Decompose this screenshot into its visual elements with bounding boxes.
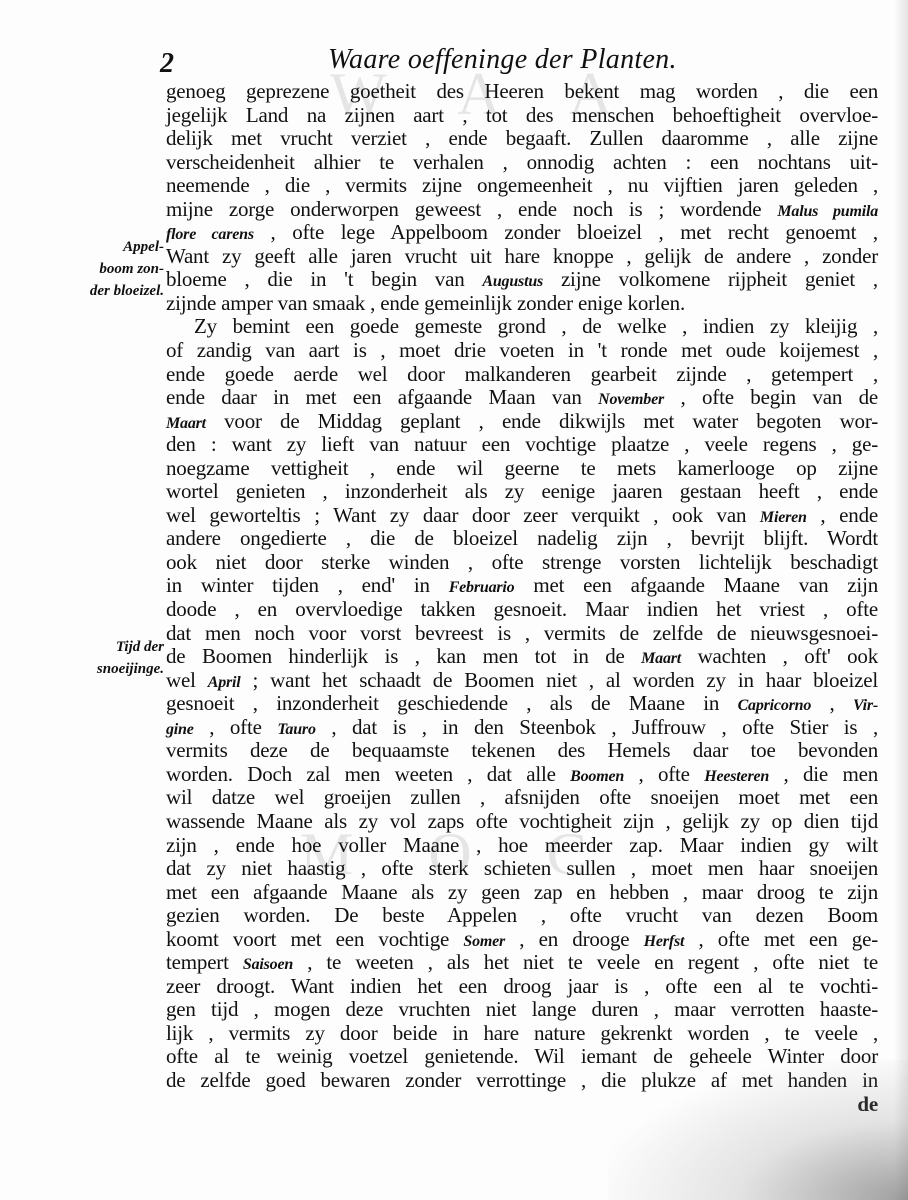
text-line: dat zy niet haastig , ofte sterk schiete…	[166, 857, 878, 881]
running-title: Waare oeffeninge der Planten.	[328, 44, 677, 76]
text-line: ende goede aerde wel door malkanderen ge…	[166, 363, 878, 387]
text-line: vermits deze de bequaamste tekenen des H…	[166, 739, 878, 763]
page-header: 2 Waare oeffeninge der Planten.	[160, 44, 880, 84]
text-line: of zandig van aart is , moet drie voeten…	[166, 339, 878, 363]
text-line: doode , en overvloedige takken gesnoeit.…	[166, 598, 878, 622]
margin-note-snoeijinge: Tijd der snoeijinge.	[30, 636, 164, 680]
text-line: zijnde amper van smaak , ende gemeinlijk…	[166, 292, 878, 316]
text-line: gesnoeit , inzonderheit geschiedende , a…	[166, 692, 878, 716]
text-line: noegzame vettigheit , ende wil geerne te…	[166, 457, 878, 481]
margin-note-line: der bloeizel.	[58, 280, 164, 302]
text-line: genoeg geprezene goetheit des Heeren bek…	[166, 80, 878, 104]
text-line: gine , ofte Tauro , dat is , in den Stee…	[166, 716, 878, 740]
text-line: wel April ; want het schaadt de Boomen n…	[166, 669, 878, 693]
text-line: wassende Maane als zy vol zaps ofte voch…	[166, 810, 878, 834]
text-line: lijk , vermits zy door beide in hare nat…	[166, 1022, 878, 1046]
text-line: delijk met vrucht verziet , ende begaaft…	[166, 127, 878, 151]
text-line: verscheidenheit alhier te verhalen , onn…	[166, 151, 878, 175]
text-line: den : want zy lieft van natuur een vocht…	[166, 433, 878, 457]
body-text: genoeg geprezene goetheit des Heeren bek…	[166, 80, 878, 1116]
text-line: met een afgaande Maane als zy geen zap e…	[166, 881, 878, 905]
text-line: gen tijd , mogen deze vruchten niet lang…	[166, 998, 878, 1022]
text-line: neemende , die , vermits zijne ongemeenh…	[166, 174, 878, 198]
text-line: Maart voor de Middag geplant , ende dikw…	[166, 410, 878, 434]
text-line: ook niet door sterke winden , ofte stren…	[166, 551, 878, 575]
text-line: Want zy geeft alle jaren vrucht uit hare…	[166, 245, 878, 269]
text-line: ofte al te weinig voetzel genietende. Wi…	[166, 1045, 878, 1069]
text-line: dat men noch voor vorst bevreest is , ve…	[166, 622, 878, 646]
text-line: wortel genieten , inzonderheit als zy ee…	[166, 480, 878, 504]
margin-note-line: boom zon-	[58, 258, 164, 280]
text-line: mijne zorge onderworpen geweest , ende n…	[166, 198, 878, 222]
margin-note-line: Appel-	[58, 236, 164, 258]
text-line: flore carens , ofte lege Appelboom zonde…	[166, 221, 878, 245]
text-line: jegelijk Land na zijnen aart , tot des m…	[166, 104, 878, 128]
margin-note-appelboom: Appel- boom zon- der bloeizel.	[58, 236, 164, 302]
text-line: bloeme , die in 't begin van Augustus zi…	[166, 268, 878, 292]
text-line: koomt voort met een vochtige Somer , en …	[166, 928, 878, 952]
text-line: de zelfde goed bewaren zonder verrotting…	[166, 1069, 878, 1093]
text-line: gezien worden. De beste Appelen , ofte v…	[166, 904, 878, 928]
book-page: W A A M O C 2 Waare oeffeninge der Plant…	[0, 0, 908, 1200]
text-line: worden. Doch zal men weeten , dat alle B…	[166, 763, 878, 787]
catchword: de	[166, 1093, 878, 1117]
margin-note-line: Tijd der	[30, 636, 164, 658]
text-line: tempert Saisoen , te weeten , als het ni…	[166, 951, 878, 975]
text-line: wil datze wel groeijen zullen , afsnijde…	[166, 786, 878, 810]
text-line: zijn , ende hoe voller Maane , hoe meerd…	[166, 834, 878, 858]
text-line: wel geworteltis ; Want zy daar door zeer…	[166, 504, 878, 528]
margin-note-line: snoeijinge.	[30, 658, 164, 680]
text-line: andere ongedierte , die de bloeizel nade…	[166, 527, 878, 551]
text-line: de Boomen hinderlijk is , kan men tot in…	[166, 645, 878, 669]
page-edge-shadow	[894, 0, 908, 1200]
page-number: 2	[160, 48, 174, 80]
text-line: in winter tijden , end' in Februario met…	[166, 574, 878, 598]
text-line: Zy bemint een goede gemeste grond , de w…	[166, 315, 878, 339]
text-line: zeer droogt. Want indien het een droog j…	[166, 975, 878, 999]
text-line: ende daar in met een afgaande Maan van N…	[166, 386, 878, 410]
